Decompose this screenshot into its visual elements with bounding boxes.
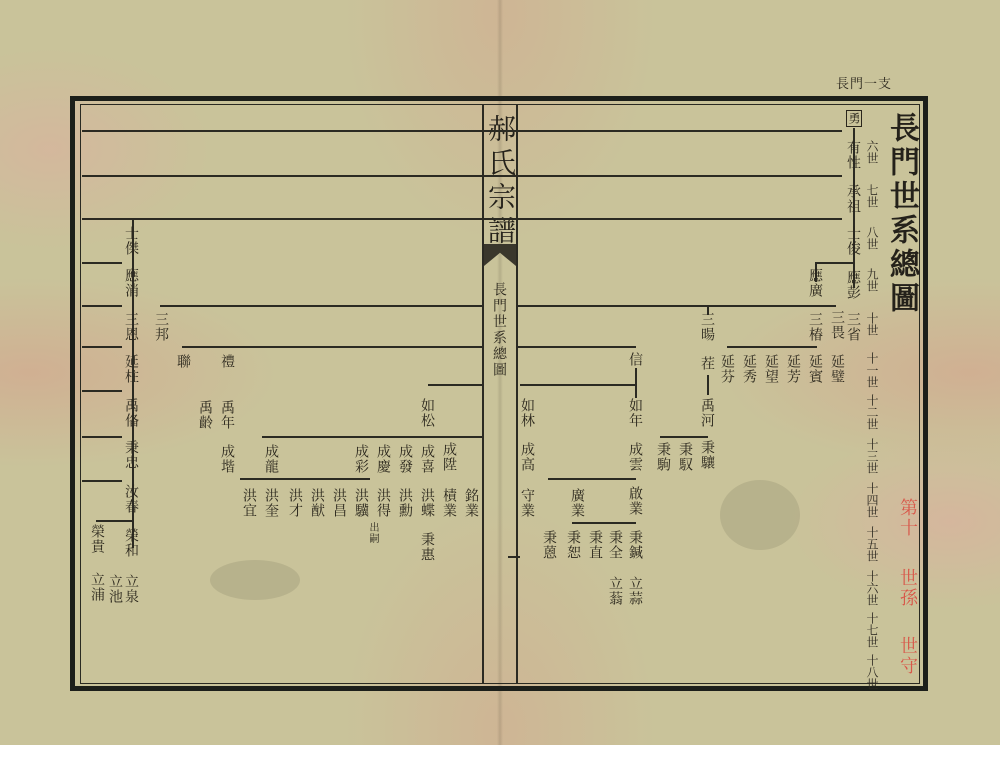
generation-rule <box>82 218 842 220</box>
generation-rule <box>82 175 842 177</box>
person-name: 三邦 <box>154 312 168 342</box>
person-name: 應消 <box>124 268 138 298</box>
book-title: 郝氏宗譜 <box>486 114 514 250</box>
gen-label: 十二世 <box>866 394 878 430</box>
person-name: 啟業 <box>628 486 642 516</box>
person-name: 成發 <box>398 444 412 474</box>
person-name: 三椿 <box>808 312 822 342</box>
person-name: 汝春 <box>124 484 138 514</box>
person-name: 洪猷 <box>310 488 324 518</box>
person-name: 延柱 <box>124 354 138 384</box>
person-name: 禹齡 <box>198 400 212 430</box>
branch-line <box>635 368 637 398</box>
person-name: 立浦 <box>90 572 104 602</box>
person-name: 秉鍼 <box>628 530 642 560</box>
gen-label: 七世 <box>866 184 878 208</box>
person-name: 立蓊 <box>608 576 622 606</box>
person-name: 成堦 <box>220 444 234 474</box>
branch-line <box>182 346 482 348</box>
gen-label: 十一世 <box>866 352 878 388</box>
branch-line <box>707 305 709 315</box>
branch-line <box>520 384 636 386</box>
person-name: 洪宜 <box>242 488 256 518</box>
person-name: 洪奎 <box>264 488 278 518</box>
person-name: 立泉 <box>124 574 138 604</box>
adoption-note: 出嗣 <box>367 522 377 544</box>
person-name: 秉直 <box>588 530 602 560</box>
gen-label: 十五世 <box>866 526 878 562</box>
gen-label: 十世 <box>866 312 878 336</box>
person-name: 洪驥 <box>354 488 368 518</box>
person-name: 如林 <box>520 398 534 428</box>
person-name: 禹河 <box>700 398 714 428</box>
person-name: 延芬 <box>720 354 734 384</box>
branch-line <box>516 346 636 348</box>
branch-line <box>815 262 853 264</box>
branch-line <box>160 305 482 307</box>
gen-label: 十八世 <box>866 654 878 690</box>
generation-rule <box>82 130 842 132</box>
person-name: 三畏 <box>830 310 844 340</box>
red-stamp: 世守 <box>898 636 916 676</box>
person-name: 洪昌 <box>332 488 346 518</box>
page-number-mark <box>508 556 520 558</box>
generation-rule <box>82 262 122 264</box>
red-stamp: 世孫 <box>898 568 916 608</box>
branch-line <box>727 346 817 348</box>
person-name: 洪勳 <box>398 488 412 518</box>
person-name: 應廣 <box>808 268 822 298</box>
gen-label: 八世 <box>866 226 878 250</box>
person-name: 茬 <box>700 356 714 371</box>
root-ancestor: 勇 <box>846 110 862 127</box>
person-name: 禹年 <box>220 400 234 430</box>
person-name: 洪蝶 <box>420 488 434 518</box>
person-name: 禹俻 <box>124 398 138 428</box>
generation-rule <box>82 436 122 438</box>
person-name: 成龍 <box>264 444 278 474</box>
branch-line <box>262 436 482 438</box>
person-name: 洪得 <box>376 488 390 518</box>
person-name: 成雲 <box>628 442 642 472</box>
person-name: 延秀 <box>742 354 756 384</box>
person-name: 成慶 <box>376 444 390 474</box>
person-name: 有性 <box>846 140 860 170</box>
generation-rule <box>82 346 122 348</box>
generation-rule <box>82 480 122 482</box>
person-name: 禮 <box>220 354 234 369</box>
person-name: 秉蒽 <box>542 530 556 560</box>
person-name: 秉驤 <box>700 440 714 470</box>
person-name: 洪才 <box>288 488 302 518</box>
person-name: 樍業 <box>442 488 456 518</box>
person-name: 聯 <box>176 354 190 369</box>
person-name: 延芳 <box>786 354 800 384</box>
gen-label: 九世 <box>866 268 878 292</box>
branch-line <box>96 520 132 522</box>
branch-line <box>428 384 482 386</box>
person-name: 三恩 <box>124 312 138 342</box>
gen-label: 十四世 <box>866 482 878 518</box>
branch-line <box>240 478 370 480</box>
person-name: 成彩 <box>354 444 368 474</box>
person-name: 成喜 <box>420 444 434 474</box>
gen-label: 六世 <box>866 140 878 164</box>
person-name: 守業 <box>520 488 534 518</box>
branch-line <box>548 478 636 480</box>
gen-label: 十六世 <box>866 570 878 606</box>
person-name: 秉惠 <box>420 532 434 562</box>
person-name: 士傑 <box>124 226 138 256</box>
branch-line <box>516 305 836 307</box>
person-name: 應彭 <box>846 270 860 300</box>
person-name: 秉馭 <box>678 442 692 472</box>
person-name: 秉全 <box>608 530 622 560</box>
person-name: 承祖 <box>846 184 860 214</box>
person-name: 立蒜 <box>628 576 642 606</box>
person-name: 立池 <box>108 574 122 604</box>
person-name: 成陞 <box>442 442 456 472</box>
person-name: 延賓 <box>808 354 822 384</box>
gen-label: 十七世 <box>866 612 878 648</box>
branch-line <box>572 522 636 524</box>
person-name: 延望 <box>764 354 778 384</box>
generation-rule <box>82 305 122 307</box>
person-name: 廣業 <box>570 488 584 518</box>
person-name: 信 <box>628 352 642 367</box>
red-stamp: 第十 <box>898 498 916 538</box>
branch-line <box>707 375 709 395</box>
person-name: 成高 <box>520 442 534 472</box>
person-name: 延璧 <box>830 354 844 384</box>
person-name: 榮和 <box>124 528 138 558</box>
branch-line <box>660 436 708 438</box>
person-name: 銘業 <box>464 488 478 518</box>
person-name: 榮貴 <box>90 524 104 554</box>
person-name: 如松 <box>420 398 434 428</box>
branch-label: 長門一支 <box>836 78 892 91</box>
section-title: 長門世系總圖 <box>492 282 506 378</box>
person-name: 三省 <box>846 312 860 342</box>
gen-label: 十三世 <box>866 438 878 474</box>
generation-rule <box>82 390 122 392</box>
person-name: 士俊 <box>846 226 860 256</box>
person-name: 秉駒 <box>656 442 670 472</box>
person-name: 三暘 <box>700 312 714 342</box>
person-name: 秉忠 <box>124 440 138 470</box>
chart-title: 長門世系總圖 <box>886 112 916 316</box>
person-name: 秉恕 <box>566 530 580 560</box>
person-name: 如年 <box>628 398 642 428</box>
